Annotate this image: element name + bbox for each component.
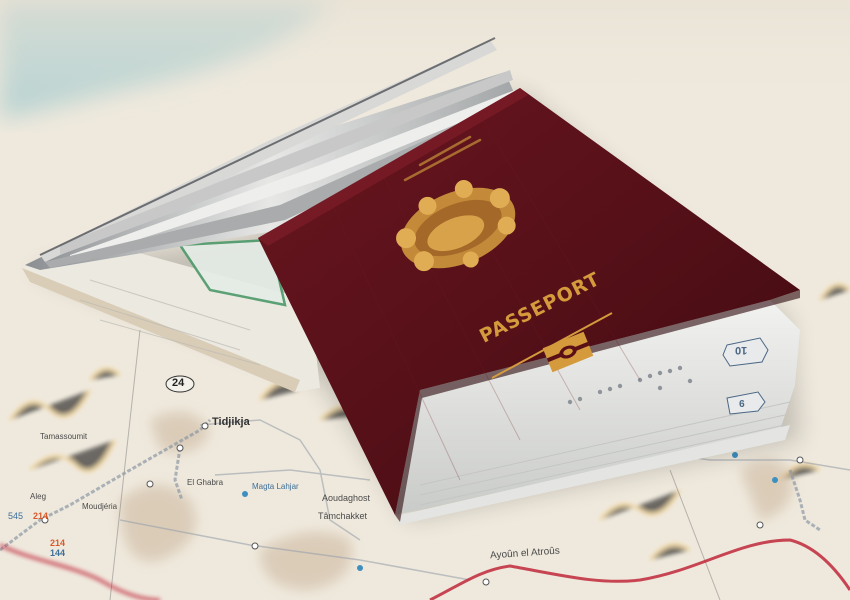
- passport: [0, 0, 850, 600]
- passport-page-number: 10: [735, 344, 747, 356]
- passport-page-number: 9: [739, 397, 745, 408]
- photo-scene: 24 Tidjikja Tamassoumit El Ghabra Moudjé…: [0, 0, 850, 600]
